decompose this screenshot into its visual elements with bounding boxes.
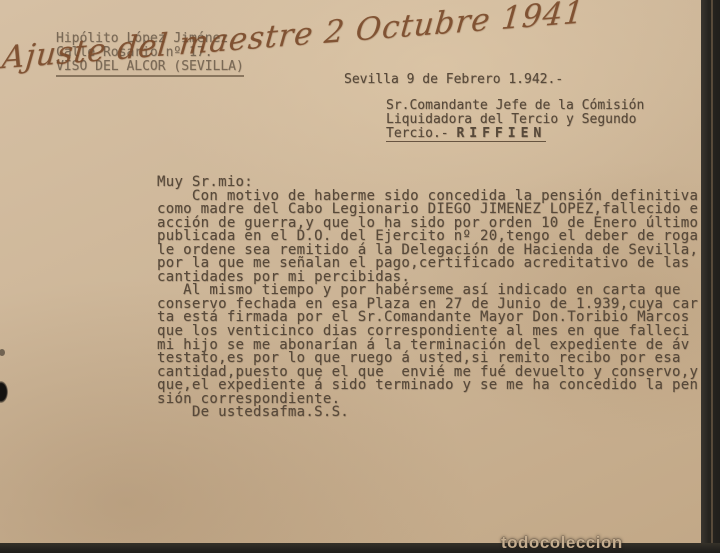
dateline: Sevilla 9 de Febrero 1.942.- [344,72,563,87]
scanned-letter-screenshot: Hipólito López Jiménez Calle Rosario nº … [0,0,720,553]
body-line: De ustedsafma.S.S. [157,406,703,420]
addressee-line3-underlined: Tercio.- RIFFIEN [386,127,546,143]
addressee-line3: Tercio.- RIFFIEN [386,127,644,143]
handwritten-note: Ajuste del maestre 2 Octubre 1941 [0,0,582,76]
addressee-place: RIFFIEN [456,126,546,141]
scan-edge-sliver [711,0,713,553]
letter-body: Muy Sr.mio: Con motivo de haberme sido c… [157,176,703,420]
punch-hole [0,381,8,403]
letter-paper: Hipólito López Jiménez Calle Rosario nº … [0,0,703,547]
addressee-tercio: Tercio.- [386,126,456,141]
addressee-line1: Sr.Comandante Jefe de la Cómisión [386,99,644,113]
addressee-block: Sr.Comandante Jefe de la Cómisión Liquid… [386,99,644,142]
ink-dot [0,349,5,356]
addressee-line2: Liquidadora del Tercio y Segundo [386,113,644,127]
todocoleccion-watermark: todocoleccion [501,533,623,553]
